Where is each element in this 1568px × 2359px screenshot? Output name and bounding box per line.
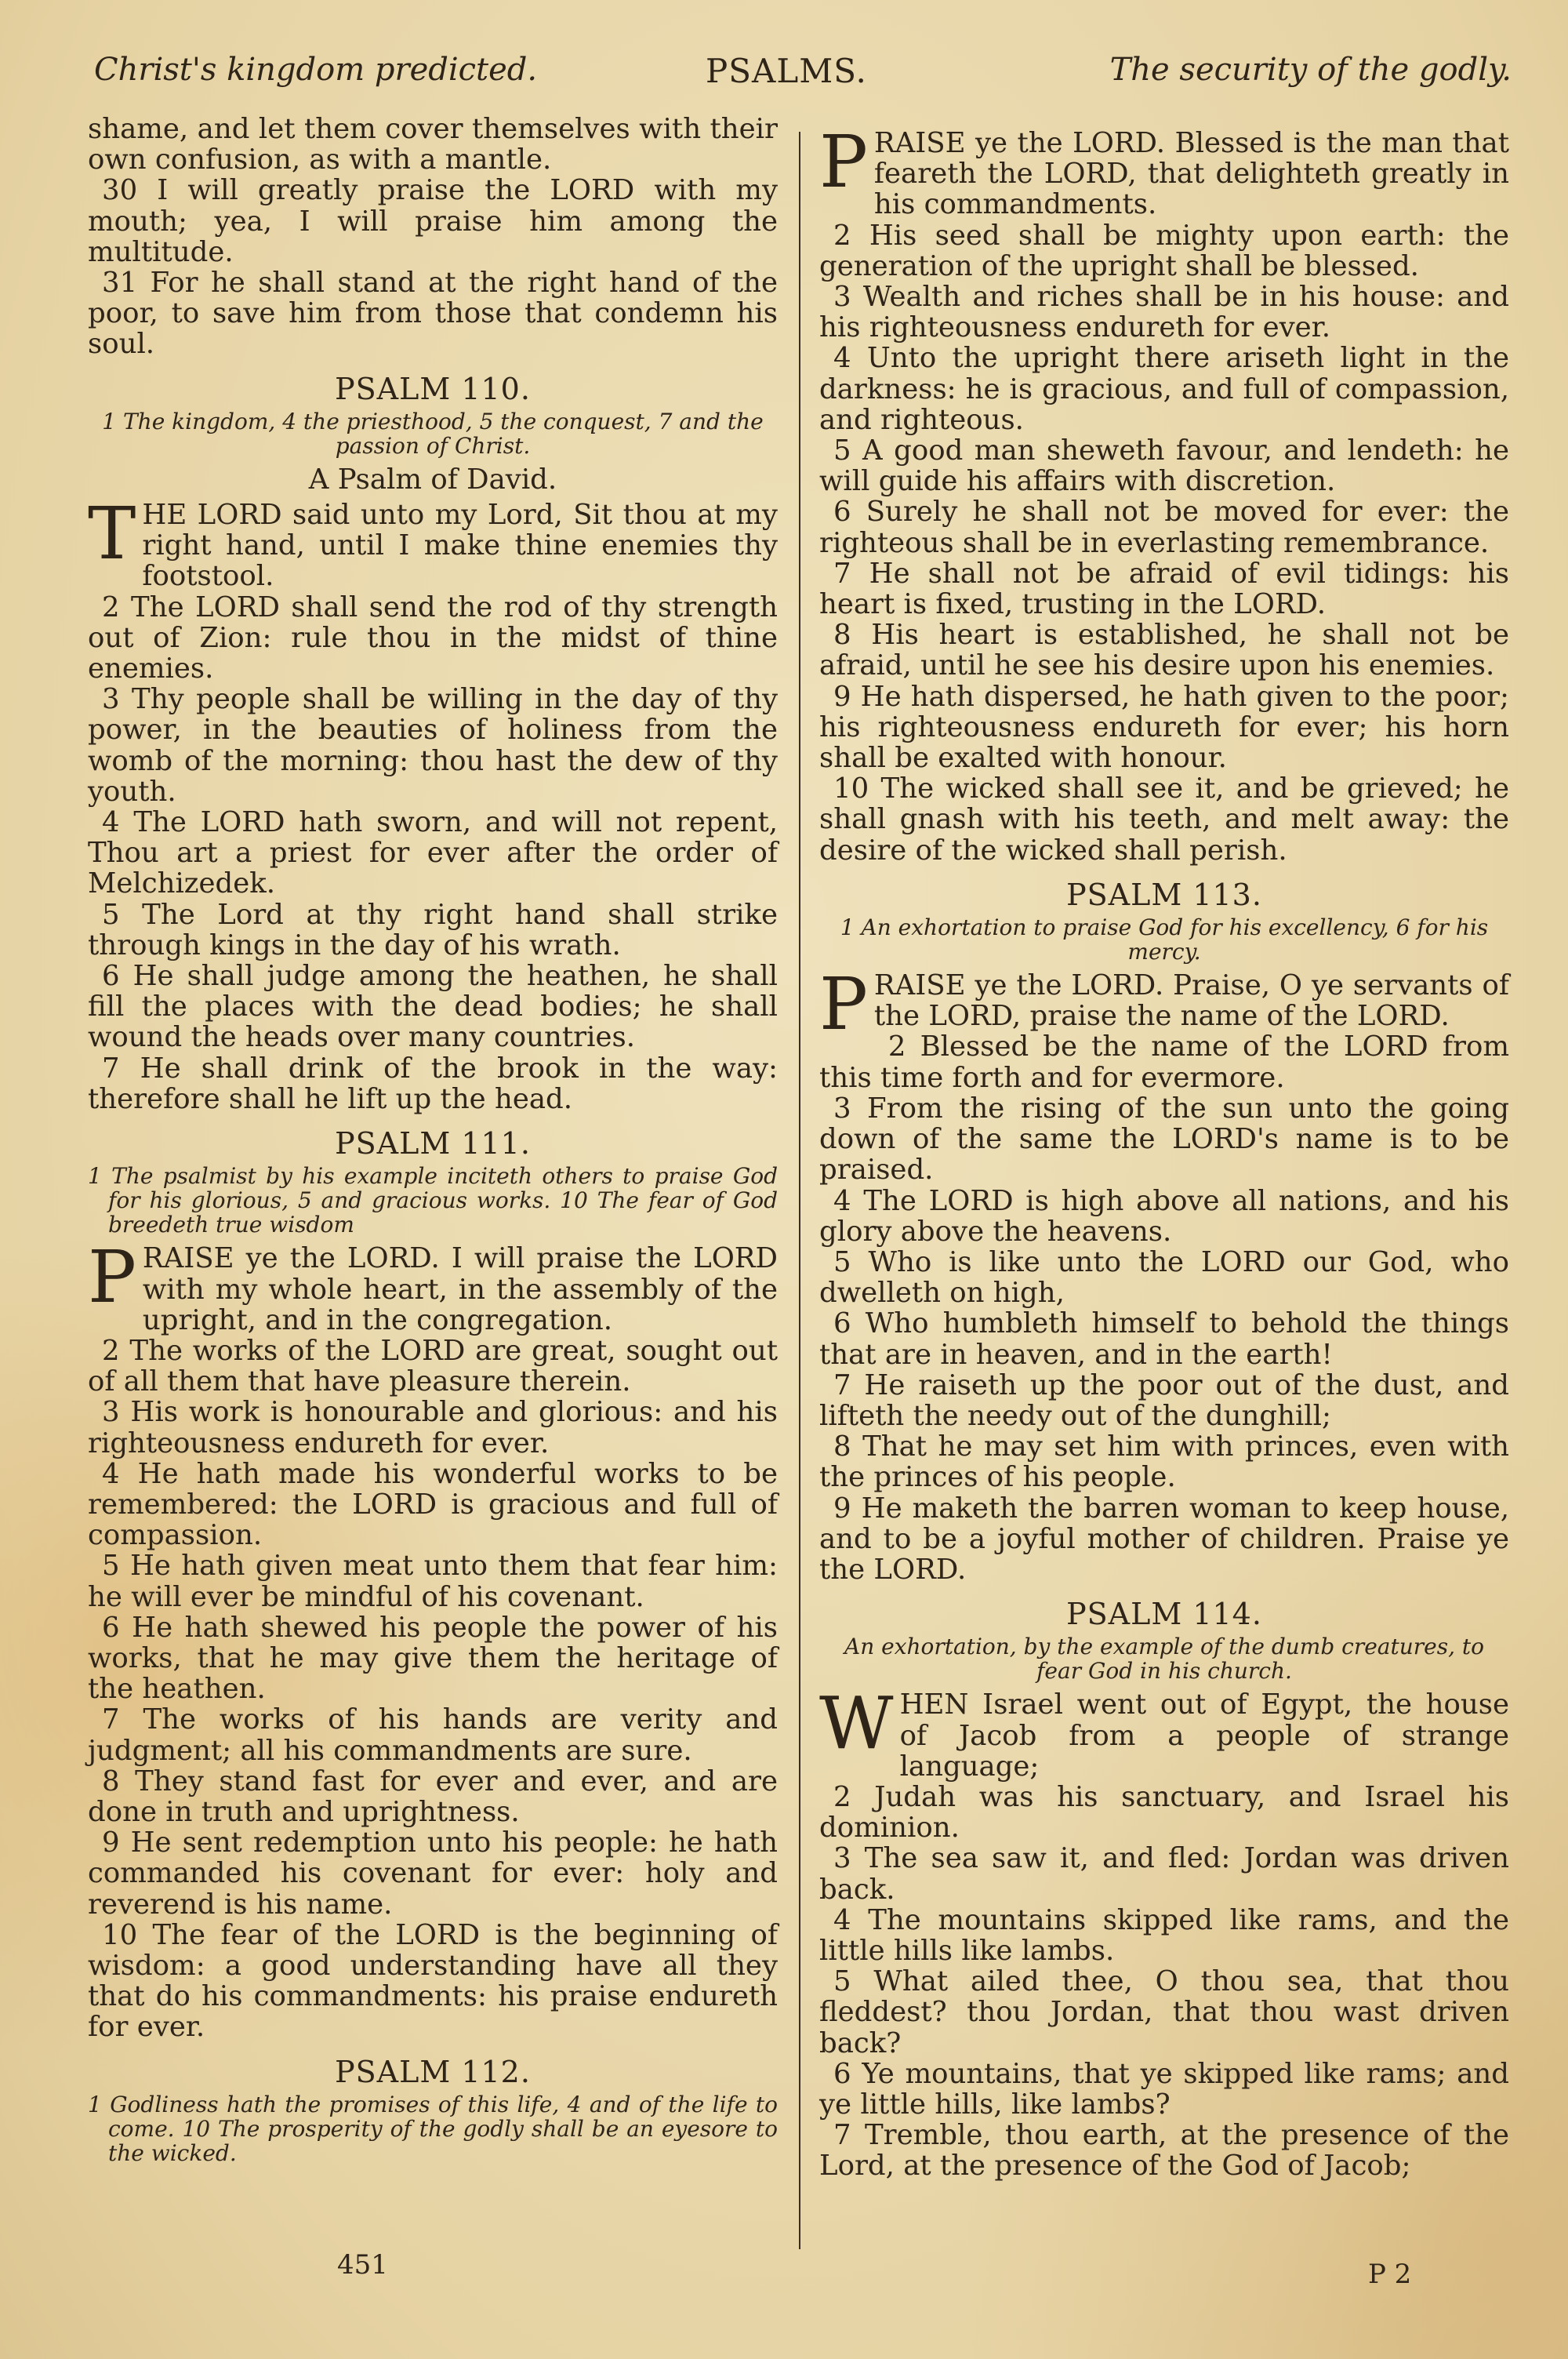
verse-text: RAISE ye the LORD. Blessed is the man th… xyxy=(874,127,1509,220)
verse: 5 What ailed thee, O thou sea, that thou… xyxy=(819,1966,1509,2059)
verse: 7 Tremble, thou earth, at the presence o… xyxy=(819,2120,1509,2181)
verse: 2 Blessed be the name of the LORD from t… xyxy=(819,1031,1509,1092)
verse: 4 The LORD hath sworn, and will not repe… xyxy=(88,807,778,900)
drop-cap: P xyxy=(819,129,868,192)
verse-text: HEN Israel went out of Egypt, the house … xyxy=(900,1688,1509,1782)
left-column: shame, and let them cover themselves wit… xyxy=(88,114,778,2172)
verse: 5 Who is like unto the LORD our God, who… xyxy=(819,1247,1509,1308)
signature-mark: P 2 xyxy=(1368,2259,1411,2290)
verse-text: RAISE ye the LORD. Praise, O ye servants… xyxy=(874,969,1509,1032)
psalm-112-title: PSALM 112. xyxy=(88,2057,778,2088)
verse: 8 They stand fast for ever and ever, and… xyxy=(88,1766,778,1827)
psalm-114-verse-1: W HEN Israel went out of Egypt, the hous… xyxy=(819,1689,1509,1782)
psalm-113-argument: 1 An exhortation to praise God for his e… xyxy=(819,915,1509,964)
verse: 2 The works of the LORD are great, sough… xyxy=(88,1336,778,1397)
continuation-text: shame, and let them cover themselves wit… xyxy=(88,114,778,175)
psalm-110-superscription: A Psalm of David. xyxy=(88,464,778,495)
verse-text: RAISE ye the LORD. I will praise the LOR… xyxy=(143,1242,778,1336)
verse: 30 I will greatly praise the LORD with m… xyxy=(88,175,778,267)
column-rule xyxy=(799,132,800,2249)
verse: 7 He shall drink of the brook in the way… xyxy=(88,1053,778,1114)
verse: 3 From the rising of the sun unto the go… xyxy=(819,1093,1509,1186)
verse: 7 He raiseth up the poor out of the dust… xyxy=(819,1370,1509,1431)
header-left-caption: Christ's kingdom predicted. xyxy=(94,52,537,88)
verse: 6 Surely he shall not be moved for ever:… xyxy=(819,496,1509,558)
drop-cap: P xyxy=(88,1245,136,1307)
verse-text: HE LORD said unto my Lord, Sit thou at m… xyxy=(142,499,778,592)
verse: 6 Ye mountains, that ye skipped like ram… xyxy=(819,2059,1509,2120)
running-header: Christ's kingdom predicted. PSALMS. The … xyxy=(94,45,1512,108)
drop-cap: W xyxy=(819,1691,894,1754)
header-right-caption: The security of the godly. xyxy=(1110,52,1512,88)
verse: 10 The wicked shall see it, and be griev… xyxy=(819,773,1509,866)
verse: 2 His seed shall be mighty upon earth: t… xyxy=(819,220,1509,282)
verse: 5 The Lord at thy right hand shall strik… xyxy=(88,900,778,961)
drop-cap: T xyxy=(88,501,136,564)
verse: 7 The works of his hands are verity and … xyxy=(88,1704,778,1765)
psalm-114-argument: An exhortation, by the example of the du… xyxy=(819,1634,1509,1683)
psalm-112-verse-1: P RAISE ye the LORD. Blessed is the man … xyxy=(819,128,1509,220)
verse: 6 Who humbleth himself to behold the thi… xyxy=(819,1308,1509,1369)
psalm-111-argument: 1 The psalmist by his example inciteth o… xyxy=(88,1164,778,1237)
verse: 4 The mountains skipped like rams, and t… xyxy=(819,1905,1509,1966)
drop-cap: P xyxy=(819,972,868,1034)
verse: 4 He hath made his wonderful works to be… xyxy=(88,1459,778,1551)
psalm-111-verse-1: P RAISE ye the LORD. I will praise the L… xyxy=(88,1243,778,1336)
psalm-111-title: PSALM 111. xyxy=(88,1129,778,1159)
page-number: 451 xyxy=(337,2249,388,2281)
verse: 3 The sea saw it, and fled: Jordan was d… xyxy=(819,1843,1509,1904)
verse: 2 Judah was his sanctuary, and Israel hi… xyxy=(819,1782,1509,1843)
verse: 6 He shall judge among the heathen, he s… xyxy=(88,961,778,1053)
psalm-112-argument: 1 Godliness hath the promises of this li… xyxy=(88,2092,778,2165)
header-book-title: PSALMS. xyxy=(706,52,867,90)
verse: 8 That he may set him with princes, even… xyxy=(819,1431,1509,1492)
verse: 8 His heart is established, he shall not… xyxy=(819,620,1509,681)
verse: 7 He shall not be afraid of evil tidings… xyxy=(819,558,1509,620)
psalm-113-verse-1: P RAISE ye the LORD. Praise, O ye servan… xyxy=(819,970,1509,1031)
verse: 5 A good man sheweth favour, and lendeth… xyxy=(819,435,1509,496)
verse: 3 Wealth and riches shall be in his hous… xyxy=(819,282,1509,343)
psalm-113-title: PSALM 113. xyxy=(819,880,1509,911)
verse: 9 He sent redemption unto his people: he… xyxy=(88,1827,778,1920)
psalm-114-title: PSALM 114. xyxy=(819,1599,1509,1630)
right-column: P RAISE ye the LORD. Blessed is the man … xyxy=(819,114,1509,2182)
verse: 9 He maketh the barren woman to keep hou… xyxy=(819,1493,1509,1586)
verse: 3 His work is honourable and glorious: a… xyxy=(88,1397,778,1458)
psalm-110-argument: 1 The kingdom, 4 the priesthood, 5 the c… xyxy=(88,409,778,458)
psalm-110-title: PSALM 110. xyxy=(88,374,778,405)
verse: 10 The fear of the LORD is the beginning… xyxy=(88,1920,778,2043)
verse: 31 For he shall stand at the right hand … xyxy=(88,267,778,360)
verse: 4 Unto the upright there ariseth light i… xyxy=(819,343,1509,435)
verse: 9 He hath dispersed, he hath given to th… xyxy=(819,682,1509,774)
verse: 6 He hath shewed his people the power of… xyxy=(88,1612,778,1705)
verse: 4 The LORD is high above all nations, an… xyxy=(819,1186,1509,1247)
verse: 2 The LORD shall send the rod of thy str… xyxy=(88,592,778,685)
psalm-110-verse-1: T HE LORD said unto my Lord, Sit thou at… xyxy=(88,500,778,592)
verse: 5 He hath given meat unto them that fear… xyxy=(88,1550,778,1612)
verse: 3 Thy people shall be willing in the day… xyxy=(88,684,778,807)
